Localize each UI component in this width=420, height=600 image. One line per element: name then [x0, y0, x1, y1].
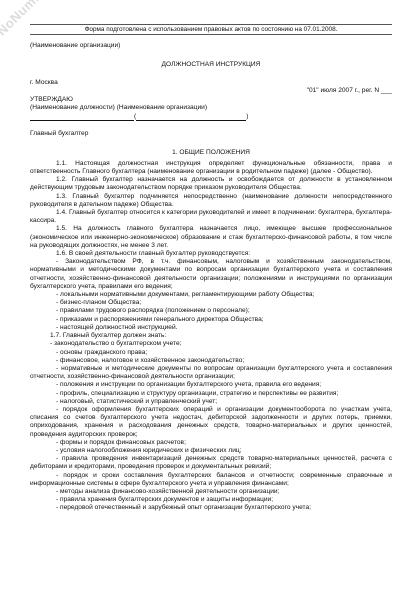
- header-note: Форма подготовлена с использованием прав…: [30, 24, 392, 35]
- approval-subtitle: (Наименование должности) (Наименование о…: [30, 104, 392, 112]
- list-item: - финансовое, налоговое и хозяйственное …: [30, 357, 392, 365]
- position-title: Главный бухгалтер: [30, 130, 392, 138]
- approval-heading: УТВЕРЖДАЮ: [30, 96, 392, 104]
- signature-row: ( ): [30, 112, 392, 121]
- paren-close: ): [246, 113, 248, 121]
- list-item: - налоговый, статистический и управленче…: [30, 398, 392, 406]
- list-item: - бизнес-планом Общества;: [30, 299, 392, 307]
- list-item: - настоящей должностной инструкцией.: [30, 324, 392, 332]
- list-item: - профиль, специализацию и структуру орг…: [30, 390, 392, 398]
- list-item: - формы и порядок финансовых расчетов;: [30, 439, 392, 447]
- list-item: - положения и инструкции по организации …: [30, 381, 392, 389]
- list-item: - правила проведения инвентаризаций дене…: [30, 455, 392, 471]
- date-registration: "01" июля 2007 г., рег. N ___: [30, 87, 392, 95]
- list-item: - Законодательством РФ, в т.ч. финансовы…: [30, 258, 392, 291]
- list-item: - передовой отечественный и зарубежный о…: [30, 504, 392, 512]
- list-item: - порядок и сроки составления бухгалтерс…: [30, 472, 392, 488]
- paragraph-1-4: 1.4. Главный бухгалтер относится к катег…: [30, 209, 392, 225]
- paragraph-1-3: 1.3. Главный бухгалтер подчиняется непос…: [30, 193, 392, 209]
- name-line: [136, 113, 246, 121]
- list-item: - основы гражданского права;: [30, 349, 392, 357]
- list-item: - приказами и распоряжениями генеральног…: [30, 316, 392, 324]
- list-item: - условия налогообложения юридических и …: [30, 447, 392, 455]
- list-item: - порядок оформления бухгалтерских опера…: [30, 406, 392, 439]
- list-item: - методы анализа финансово-хозяйственной…: [30, 488, 392, 496]
- document-title: ДОЛЖНОСТНАЯ ИНСТРУКЦИЯ: [30, 61, 392, 69]
- city: г. Москва: [30, 79, 392, 87]
- list-item: - правилами трудового распорядка (положе…: [30, 307, 392, 315]
- organization-name-placeholder: (Наименование организации): [30, 42, 392, 50]
- paragraph-1-1: 1.1. Настоящая должностная инструкция оп…: [30, 160, 392, 176]
- signature-line: [30, 113, 134, 121]
- list-item: - законодательство о бухгалтерском учете…: [30, 340, 392, 348]
- paragraph-1-2: 1.2. Главный бухгалтер назначается на до…: [30, 176, 392, 192]
- list-item: - нормативные и методические документы п…: [30, 365, 392, 381]
- document-page: Форма подготовлена с использованием прав…: [30, 24, 392, 513]
- section-title: 1. ОБЩИЕ ПОЛОЖЕНИЯ: [30, 149, 392, 157]
- paragraph-1-5: 1.5. На должность главного бухгалтера на…: [30, 225, 392, 250]
